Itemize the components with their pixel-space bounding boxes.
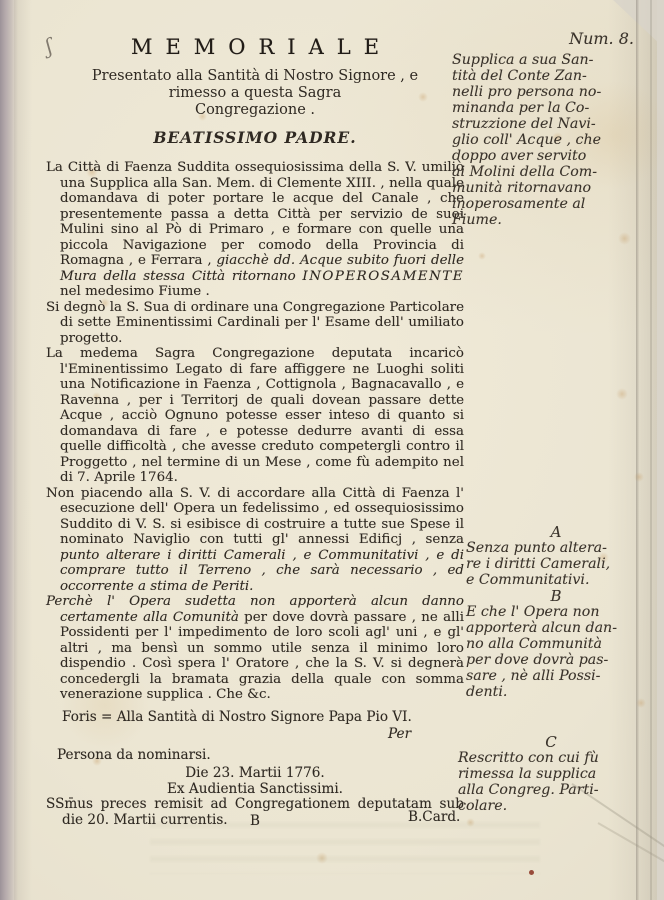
paragraph-1-roman-end: nel medesimo Fiume .: [60, 284, 210, 299]
document-number: Num. 8.: [452, 30, 648, 48]
margin-note-c-text: Rescritto con cui fù rimessa la supplica…: [458, 750, 644, 814]
body-text: La Città di Faenza Suddita ossequiosissi…: [46, 160, 464, 703]
paragraph-4-roman: Non piacendo alla S. V. di accordare all…: [46, 486, 464, 548]
foxing-spot: [616, 388, 628, 400]
foris-address-line: Foris = Alla Santità di Nostro Signore P…: [62, 709, 412, 725]
scanned-document-page: ʃ MEMORIALE Presentato alla Santità di N…: [0, 0, 664, 900]
margin-note-b: B E che l' Opera non apporterà alcun dan…: [466, 588, 646, 700]
margin-note-summary-text: Supplica a sua San- tità del Conte Zan- …: [452, 52, 648, 228]
subtitle-line-2: rimesso a questa Sagra: [46, 85, 464, 102]
signature-mark-b: B: [46, 813, 464, 829]
date-line: Die 23. Martii 1776.: [46, 765, 464, 781]
foxing-spot: [478, 252, 486, 260]
red-ink-speck: [529, 870, 534, 875]
margin-note-a: A Senza punto altera- re i diritti Camer…: [466, 524, 646, 588]
paragraph-4-italic: punto alterare i diritti Camerali , e Co…: [60, 548, 464, 594]
document-subtitle: Presentato alla Santità di Nostro Signor…: [46, 68, 464, 119]
verso-show-through: [150, 822, 540, 874]
paragraph-5: Perchè l' Opera sudetta non apporterà al…: [46, 594, 464, 703]
main-text-column: MEMORIALE Presentato alla Santità di Nos…: [46, 34, 464, 703]
margin-note-c: C Rescritto con cui fù rimessa la suppli…: [458, 734, 644, 814]
catchword: Per: [388, 726, 411, 742]
margin-note-summary: Num. 8. Supplica a sua San- tità del Con…: [452, 30, 648, 228]
paragraph-2: Si degnò la S. Sua di ordinare una Congr…: [46, 300, 464, 347]
paragraph-4: Non piacendo alla S. V. di accordare all…: [46, 486, 464, 595]
paragraph-1-roman: La Città di Faenza Suddita ossequiosissi…: [46, 160, 464, 268]
margin-note-a-text: Senza punto altera- re i diritti Cameral…: [466, 540, 646, 588]
subtitle-line-3: Congregazione .: [46, 102, 464, 119]
paragraph-1: La Città di Faenza Suddita ossequiosissi…: [46, 160, 464, 300]
signature-cardinal: B.Card.: [408, 809, 460, 825]
margin-note-a-label: A: [466, 524, 646, 540]
paragraph-3: La medema Sagra Congregazione deputata i…: [46, 346, 464, 486]
subtitle-line-1: Presentato alla Santità di Nostro Signor…: [46, 68, 464, 85]
foxing-spot: [634, 472, 644, 482]
margin-note-c-label: C: [458, 734, 644, 750]
persona-line: Persona da nominarsi.: [57, 747, 211, 763]
foxing-spot: [618, 232, 631, 245]
book-left-edge-shadow: [14, 0, 32, 900]
margin-note-b-label: B: [466, 588, 646, 604]
paragraph-1-emphasis: INOPEROSAMENTE: [302, 269, 464, 284]
margin-note-b-text: E che l' Opera non apporterà alcun dan- …: [466, 604, 646, 700]
document-title: MEMORIALE: [46, 34, 464, 60]
salutation: BEATISSIMO PADRE.: [46, 129, 464, 147]
audientia-line: Ex Audientia Sanctissimi.: [46, 781, 464, 797]
